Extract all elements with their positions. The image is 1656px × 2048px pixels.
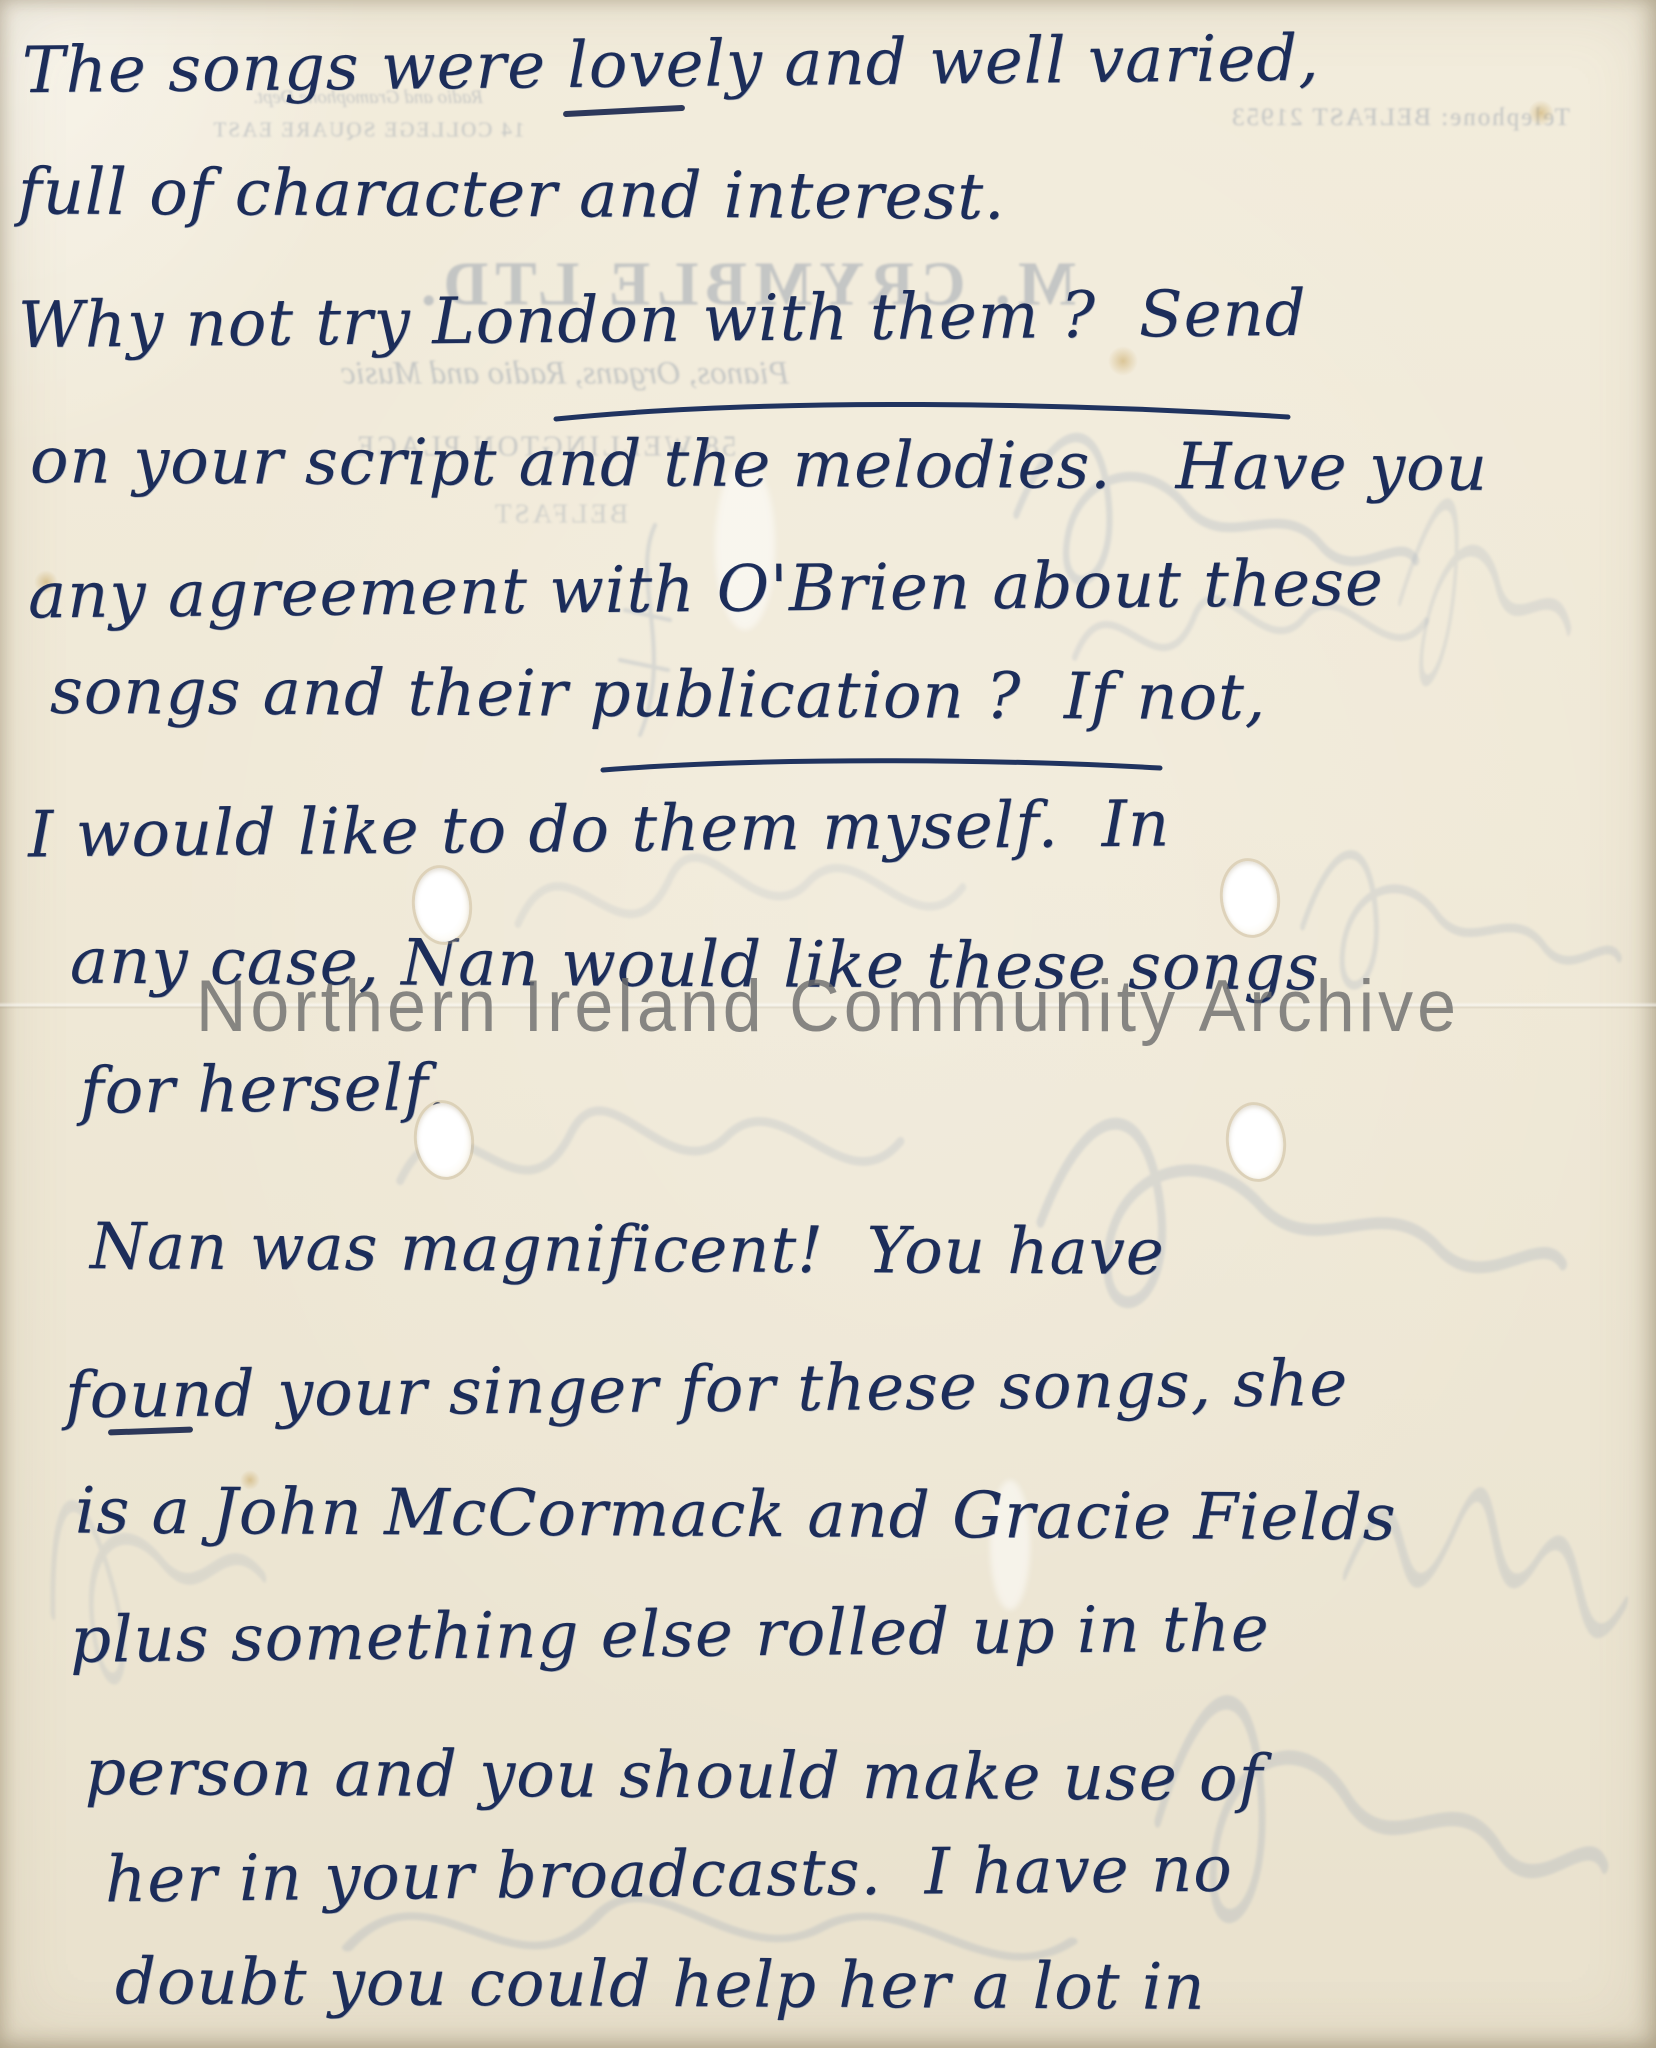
scanned-letter-page: Radio and Gramophone Dept. 14 COLLEGE SQ…: [0, 0, 1656, 2048]
handwritten-line: The songs were lovely and well varied,: [22, 27, 1320, 103]
handwritten-line: songs and their publication ? If not,: [50, 660, 1266, 730]
showthrough-address-line: 14 COLLEGE SQUARE EAST: [212, 118, 525, 143]
handwritten-line: Why not try London with them ? Send: [18, 282, 1307, 358]
handwritten-line: for herself.: [80, 1056, 448, 1124]
handwritten-line: Nan was magnificent! You have: [90, 1215, 1165, 1285]
handwritten-line: found your singer for these songs, she: [65, 1352, 1349, 1428]
handwritten-line: plus something else rolled up in the: [70, 1597, 1270, 1673]
ghost-writing: [16, 1416, 364, 1764]
handwritten-line: is a John McCormack and Gracie Fields: [75, 1480, 1397, 1551]
underline-london-with-them: [553, 395, 1293, 429]
underline-lovely: [563, 105, 685, 117]
handwritten-line: full of character and interest.: [18, 160, 1006, 229]
handwritten-line: doubt you could help her a lot in: [115, 1950, 1206, 2020]
showthrough-telephone-line: Telephone: BELFAST 21953: [1230, 104, 1570, 132]
handwritten-line: her in your broadcasts. I have no: [105, 1838, 1233, 1913]
archive-watermark: Northern Ireland Community Archive: [196, 964, 1460, 1048]
handwritten-line: person and you should make use of: [85, 1741, 1264, 1811]
underline-publication: [600, 752, 1165, 778]
handwritten-line: on your script and the melodies. Have yo…: [30, 429, 1488, 501]
handwritten-line: any agreement with O'Brien about these: [28, 551, 1384, 628]
handwritten-line: I would like to do them myself. In: [28, 793, 1171, 868]
foxing-spot: [1528, 100, 1554, 126]
punch-hole: [1219, 858, 1282, 938]
showthrough-tagline: Pianos, Organs, Radio and Music: [341, 356, 789, 393]
